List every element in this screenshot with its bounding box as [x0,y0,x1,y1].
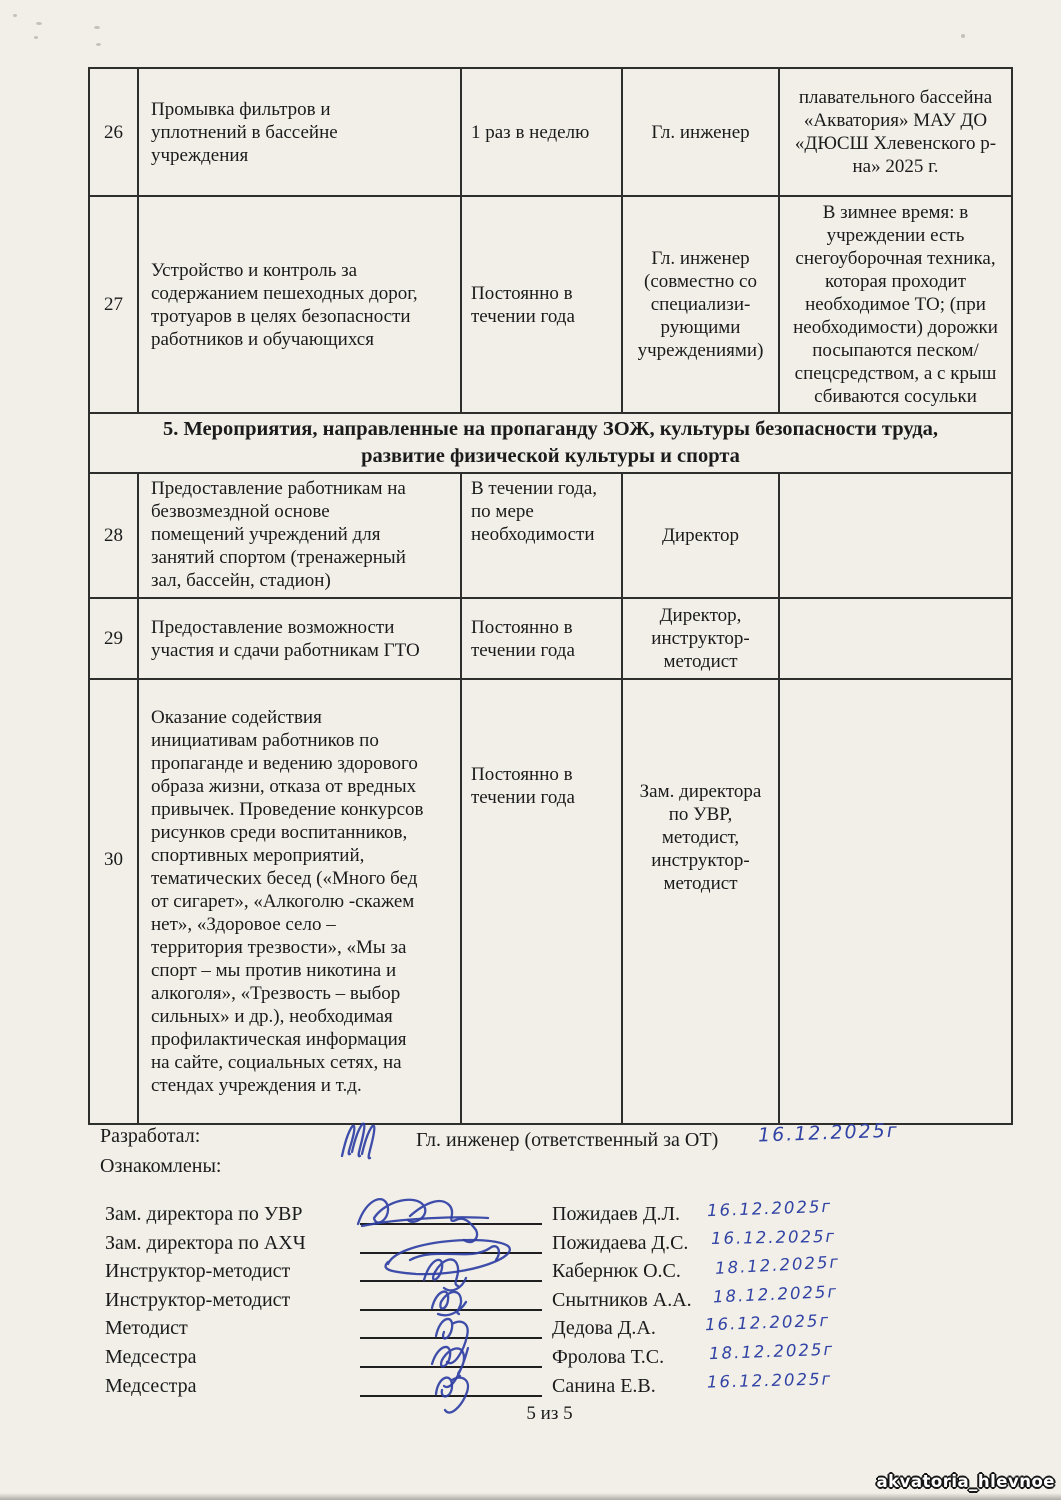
responsible-cell: Гл. инженер (совместно со специализи-рую… [622,196,779,413]
period-cell: Постоянно в течении года [461,598,622,679]
notes-cell [779,473,1012,598]
handwritten-date: 16.12.2025г [711,1226,836,1247]
scan-speck [34,36,38,39]
section-header-row: 5. Мероприятия, направленные на пропаган… [89,413,1012,473]
scan-speck [961,34,965,38]
signatory-title: Зам. директора по АХЧ [105,1232,306,1255]
notes-cell [779,679,1012,1124]
row-number-cell: 26 [89,68,138,196]
activity-cell: Устройство и контроль за содержанием пеш… [138,196,461,413]
activity-cell: Предоставление возможности участия и сда… [138,598,461,679]
row-number-cell: 27 [89,196,138,413]
scan-speck [36,22,42,25]
responsible-cell: Директор [622,473,779,598]
signature-scribbles-overlay [340,1190,575,1410]
scan-speck [13,14,17,17]
acknowledged-label: Ознакомлены: [100,1154,221,1178]
activity-cell: Оказание содействия инициативам работник… [138,679,461,1124]
measures-table: 26 Промывка фильтров и уплотнений в басс… [88,67,1013,1125]
row-number-cell: 28 [89,473,138,598]
scan-speck [94,26,100,29]
developer-date-handwritten: 16.12.2025г [758,1122,899,1144]
section-header-line1: 5. Мероприятия, направленные на пропаган… [163,418,938,440]
responsible-cell: Директор, инструктор-методист [622,598,779,679]
page-indicator: 5 из 5 [88,1403,1011,1425]
signatory-title: Медсестра [105,1375,197,1398]
period-cell: В течении года, по мере необходимости [461,473,622,598]
period-cell: Постоянно в течении года [461,679,622,1124]
signatory-title: Медсестра [105,1346,197,1369]
table-row: 28 Предоставление работникам на безвозме… [89,473,1012,598]
signature-scribble [328,1114,388,1166]
developer-title: Гл. инженер (ответственный за ОТ) [416,1128,718,1152]
watermark: akvatoria_hlevnoe [876,1472,1055,1491]
row-number-cell: 29 [89,598,138,679]
activity-cell: Предоставление работникам на безвозмездн… [138,473,461,598]
handwritten-date: 16.12.2025г [707,1369,833,1391]
period-cell: 1 раз в неделю [461,68,622,196]
table-row: 29 Предоставление возможности участия и … [89,598,1012,679]
handwritten-date: 16.12.2025г [707,1197,833,1220]
section-header-line2: развитие физической культуры и спорта [361,445,740,467]
section-header: 5. Мероприятия, направленные на пропаган… [89,413,1012,473]
scan-speck [96,43,101,46]
row-number-cell: 30 [89,679,138,1124]
signatory-title: Методист [105,1317,188,1340]
handwritten-date: 16.12.2025г [758,1120,899,1147]
scan-bottom-edge [0,1493,1061,1500]
notes-cell: В зимнее время: в учреждении есть снегоу… [779,196,1012,413]
signatory-title: Инструктор-методист [105,1289,290,1312]
activity-cell: Промывка фильтров и уплотнений в бассейн… [138,68,461,196]
handwritten-date: 18.12.2025г [709,1340,835,1363]
table-row: 30 Оказание содействия инициативам работ… [89,679,1012,1124]
responsible-cell: Зам. директора по УВР, методист, инструк… [622,679,779,1124]
period-cell: Постоянно в течении года [461,196,622,413]
notes-cell [779,598,1012,679]
responsible-cell: Гл. инженер [622,68,779,196]
handwritten-date: 16.12.2025г [705,1311,831,1334]
notes-cell: плавательного бассейна «Акватория» МАУ Д… [779,68,1012,196]
table-row: 27 Устройство и контроль за содержанием … [89,196,1012,413]
signatory-title: Зам. директора по УВР [105,1203,302,1226]
table-row: 26 Промывка фильтров и уплотнений в басс… [89,68,1012,196]
signatory-title: Инструктор-методист [105,1260,290,1283]
developed-label: Разработал: [100,1124,200,1148]
